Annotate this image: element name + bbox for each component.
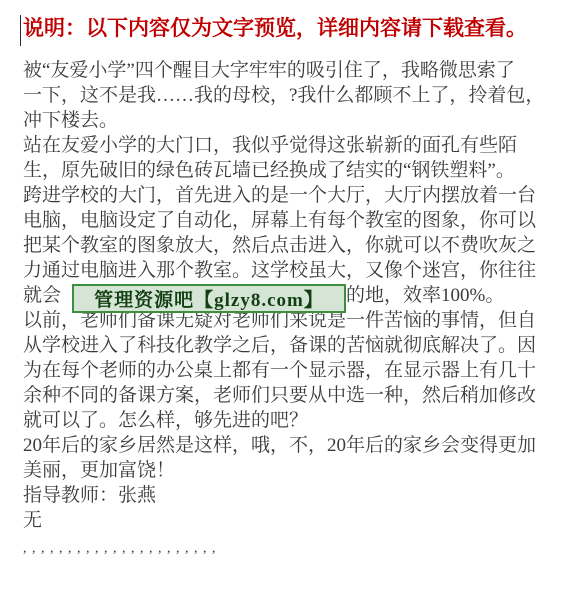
text-line: 指导教师：张燕: [23, 483, 568, 508]
text-line: 余种不同的备课方案，老师们只要从中选一种，然后稍加修改: [23, 383, 568, 408]
text-line: 把某个教室的图象放大，然后点击进入，你就可以不费吹灰之: [23, 233, 568, 258]
line-fragment-after: 的地，效率100%。: [346, 285, 504, 306]
text-line: 就可以了。怎么样，够先进的吧？: [23, 408, 568, 433]
line-fragment-before: 就会: [23, 285, 61, 306]
text-line: 生，原先破旧的绿色砖瓦墙已经换成了结实的“钢铁塑料”。: [23, 158, 568, 183]
text-line: 20年后的家乡居然是这样，哦，不，20年后的家乡会变得更加: [23, 433, 568, 458]
text-line: 跨进学校的大门，首先进入的是一个大厅，大厅内摆放着一台: [23, 183, 568, 208]
watermark-badge: 管理资源吧【glzy8.com】: [72, 284, 346, 313]
text-line: 冲下楼去。: [23, 108, 568, 133]
text-line: 为在每个老师的办公桌上都有一个显示器，在显示器上有几十: [23, 358, 568, 383]
watermark-text: 管理资源吧【glzy8.com】: [94, 285, 324, 312]
preview-notice: 说明：以下内容仅为文字预览，详细内容请下载查看。: [23, 15, 527, 41]
text-line: 电脑，电脑设定了自动化，屏幕上有每个教室的图象，你可以: [23, 208, 568, 233]
text-line: 一下，这不是我……我的母校，?我什么都顾不上了，拎着包，: [23, 83, 568, 108]
footer-dotted-line: ,,,,,,,,,,,,,,,,,,,,,,: [23, 533, 568, 561]
text-line: 美丽，更加富饶！: [23, 458, 568, 483]
text-line: 从学校进入了科技化教学之后，备课的苦恼就彻底解决了。因: [23, 333, 568, 358]
text-line: 被“友爱小学”四个醒目大字牢牢的吸引住了，我略微思索了: [23, 58, 568, 83]
text-line: 无: [23, 508, 568, 533]
text-line: 站在友爱小学的大门口，我似乎觉得这张崭新的面孔有些陌: [23, 133, 568, 158]
text-line: 力通过电脑进入那个教室。这学校虽大，又像个迷宫，你往往: [23, 258, 568, 283]
document-preview-page: 说明：以下内容仅为文字预览，详细内容请下载查看。 被“友爱小学”四个醒目大字牢牢…: [0, 0, 578, 600]
text-caret: [20, 15, 21, 46]
